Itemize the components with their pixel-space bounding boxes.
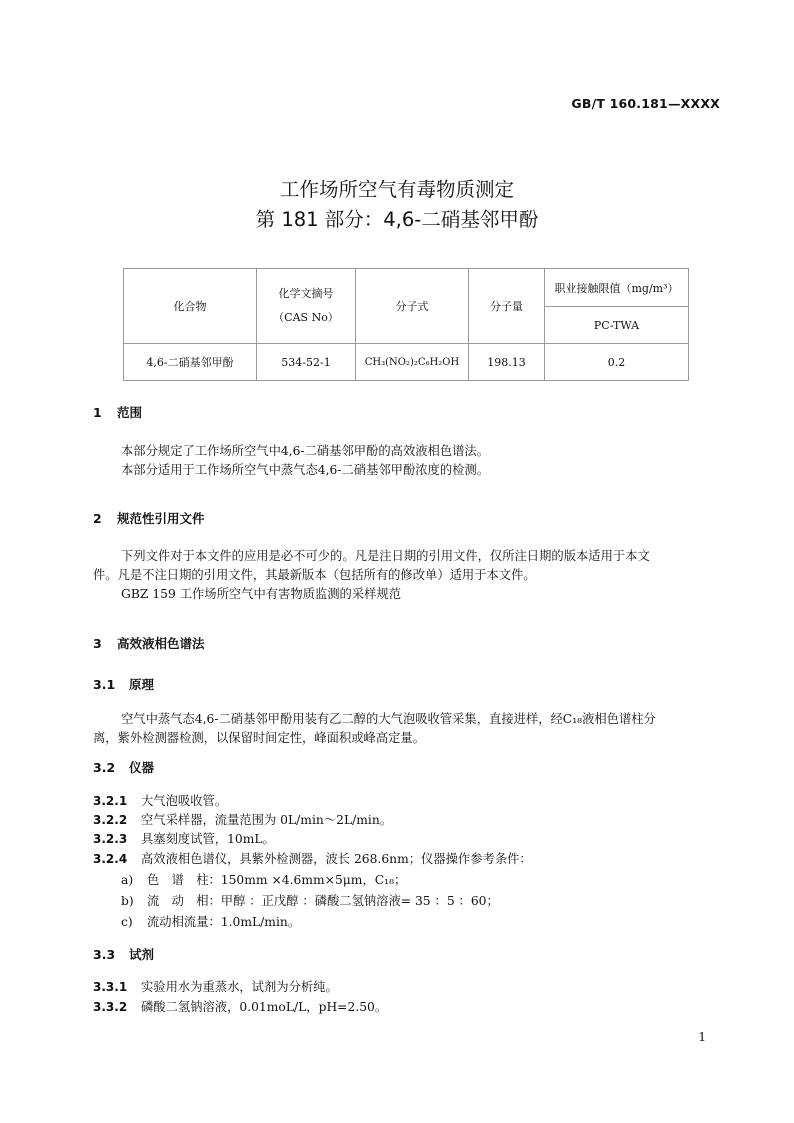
cell-formula: CH₃(NO₂)₂C₆H₂OH: [356, 344, 469, 381]
instrument-item: 3.2.4高效液相色谱仪，具紫外检测器，波长 268.6nm；仪器操作参考条件：: [93, 849, 532, 867]
header-cas-line2: （CAS No）: [257, 306, 355, 330]
header-compound: 化合物: [124, 269, 257, 344]
section-heading-hplc: 3高效液相色谱法: [93, 634, 205, 652]
reagent-item: 3.3.2磷酸二氢钠溶液，0.01moL/L，pH=2.50。: [93, 997, 387, 1015]
cell-pc-twa: 0.2: [545, 344, 689, 381]
instrument-item: 3.2.1大气泡吸收管。: [93, 791, 227, 809]
cell-molecular-weight: 198.13: [469, 344, 545, 381]
condition-item: a)色 谱 柱：150mm ×4.6mm×5μm，C₁₈；: [121, 870, 406, 888]
references-paragraph: 下列文件对于本文件的应用是必不可少的。凡是注日期的引用文件，仅所注日期的版本适用…: [93, 547, 717, 585]
scope-paragraph-1: 本部分规定了工作场所空气中4,6-二硝基邻甲酚的高效液相色谱法。: [121, 442, 489, 461]
section-heading-scope: 1范围: [93, 403, 142, 421]
condition-item: b)流 动 相：甲醇 ：正戊醇 ：磷酸二氢钠溶液= 35 ：5 ：60；: [121, 891, 499, 909]
section-heading-reagents: 3.3试剂: [93, 945, 154, 963]
document-subtitle: 第 181 部分：4,6-二硝基邻甲酚: [0, 204, 794, 232]
header-pc-twa: PC-TWA: [545, 307, 689, 344]
header-cas-line1: 化学文摘号: [257, 282, 355, 306]
section-heading-principle: 3.1原理: [93, 675, 154, 693]
section-heading-instruments: 3.2仪器: [93, 758, 154, 776]
cell-cas: 534-52-1: [257, 344, 356, 381]
header-cas: 化学文摘号 （CAS No）: [257, 269, 356, 344]
condition-item: c)流动相流量：1.0mL/min。: [121, 912, 300, 930]
header-molecular-weight: 分子量: [469, 269, 545, 344]
standard-number: GB/T 160.181—XXXX: [571, 96, 720, 111]
instrument-item: 3.2.3具塞刻度试管，10mL。: [93, 829, 275, 847]
header-formula: 分子式: [356, 269, 469, 344]
reagent-item: 3.3.1实验用水为重蒸水，试剂为分析纯。: [93, 977, 338, 995]
section-heading-normative-references: 2规范性引用文件: [93, 509, 205, 527]
reference-gbz-159: GBZ 159 工作场所空气中有害物质监测的采样规范: [121, 585, 401, 604]
compound-info-table: 化合物 化学文摘号 （CAS No） 分子式 分子量 职业接触限值（mg/m³）…: [123, 268, 689, 381]
document-title: 工作场所空气有毒物质测定: [0, 174, 794, 202]
scope-paragraph-2: 本部分适用于工作场所空气中蒸气态4,6-二硝基邻甲酚浓度的检测。: [121, 461, 489, 480]
page-number: 1: [698, 1030, 706, 1044]
principle-paragraph: 空气中蒸气态4,6-二硝基邻甲酚用装有乙二醇的大气泡吸收管采集，直接进样，经C₁…: [93, 710, 717, 748]
cell-compound: 4,6-二硝基邻甲酚: [124, 344, 257, 381]
table-row: 4,6-二硝基邻甲酚 534-52-1 CH₃(NO₂)₂C₆H₂OH 198.…: [124, 344, 689, 381]
instrument-item: 3.2.2空气采样器，流量范围为 0L/min～2L/min。: [93, 810, 392, 828]
header-oel: 职业接触限值（mg/m³）: [545, 269, 689, 307]
